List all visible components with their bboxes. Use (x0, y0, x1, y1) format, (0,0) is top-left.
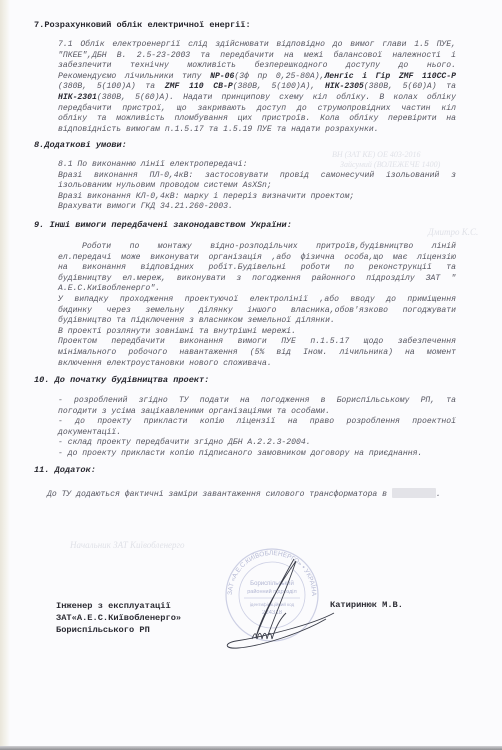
text-line: В проекті розлянути зовнішні та внутрішн… (58, 327, 456, 338)
text-line: Роботи по монтажу відно-розподільчих при… (58, 242, 456, 253)
text-line: 7.1 Облік електроенергії слід здійснюват… (58, 40, 456, 51)
text-line: відповідність вимогам п.1.5.17 та 1.5.19… (58, 125, 456, 136)
signatory-organization: ЗАТ«А.Е.С.Київобленерго» (56, 612, 181, 624)
text-line: Проектом передбачити виконання вимоги ПУ… (58, 337, 456, 348)
signatory-name: Катиринюк М.В. (330, 600, 403, 610)
text-line: А.Е.С.Київобленерго". (58, 284, 456, 295)
text-line: - до проекту прикласти копію ліцензії на… (58, 417, 456, 428)
text-line: будівництву ел.мереж, виконувати з погод… (58, 274, 456, 285)
text-line: 8.1 По виконанню лінії електропередачі: (58, 160, 456, 171)
section-7-heading: 7.Розрахунковий облік електричної енергі… (34, 20, 251, 30)
meter-model: НІК-2305 (325, 82, 364, 91)
text-line: погодити з усіма зацікавленими організац… (58, 407, 456, 418)
section-9-body: Роботи по монтажу відно-розподільчих при… (58, 242, 456, 369)
meter-model: ZMF 110 CB-P (165, 82, 233, 91)
meter-model: Ленгіс і Гір ZMF 110CC-P (324, 72, 456, 81)
section-8-heading: 8.Додаткові умови: (34, 140, 127, 150)
redacted-value (392, 488, 436, 498)
meter-model: NP-06 (210, 72, 234, 81)
text-line: забезпечити технічну можливість безпереш… (58, 61, 456, 72)
text-line: - склад проекту передбачити згідно ДБН А… (58, 438, 456, 449)
section-7-body: 7.1 Облік електроенергії слід здійснюват… (58, 40, 456, 135)
handwritten-signature (222, 555, 337, 650)
text-line: Вразі виконання КЛ-0,4кВ: марку і перері… (58, 192, 456, 203)
text-line: бидинку через земельну ділянку іншого вл… (58, 306, 456, 317)
section-11-body: До ТУ додаються фактичні заміри завантаж… (47, 488, 467, 501)
text-line: будівництво та підключення з власником з… (58, 316, 456, 327)
text-line: передбачити пристрої, що закривають дост… (58, 104, 456, 115)
text-line: ізольованим нульовим проводом системи As… (58, 181, 456, 192)
text-line: Рекомендуємо лічильники типу NP-06(3ф пр… (58, 72, 456, 83)
meter-model: НІК-2301 (58, 93, 97, 102)
section-10-heading: 10. До початку будівництва проект: (34, 375, 209, 385)
text-line: У випадку проходження проектуючої електр… (58, 295, 456, 306)
signatory-position: Інженер з експлуатації ЗАТ«А.Е.С.Київобл… (56, 600, 181, 636)
text-line: на виконання відповідних робіт.Будівельн… (58, 263, 456, 274)
text-line: (380В, 5(100)А) та ZMF 110 CB-P(380В, 5(… (58, 82, 456, 93)
text-line: включення електроустановки нового спожив… (58, 359, 456, 370)
section-8-body: 8.1 По виконанню лінії електропередачі: … (58, 160, 456, 213)
text-line: Врахувати вимоги ГКД 34.21.260-2003. (58, 202, 456, 213)
text-line: Вразі виконання ПЛ-0,4кВ: застосовувати … (58, 171, 456, 182)
text-line: документації. (58, 428, 456, 439)
text-line: - до проекту прикласти копію підписаного… (58, 449, 456, 460)
signatory-division: Бориспільського РП (56, 624, 181, 636)
section-9-heading: 9. Інші вимоги передбачені законодавство… (34, 220, 292, 230)
signatory-title: Інженер з експлуатації (56, 600, 181, 612)
section-11-heading: 11. Додаток: (34, 465, 96, 475)
text-line: "ПКЕЕ",ДБН В. 2.5-23-2003 та передбачити… (58, 51, 456, 62)
text-line: НІК-2301(380В, 5(60)А). Надати принципов… (58, 93, 456, 104)
document-page: 7.Розрахунковий облік електричної енергі… (0, 0, 502, 750)
section-10-body: - розроблений згідно ТУ подати на погодж… (58, 396, 456, 460)
text-line: мінімального робочого навантаження (5% в… (58, 348, 456, 359)
text-line: До ТУ додаються фактичні заміри завантаж… (47, 488, 467, 501)
text-line: - розроблений згідно ТУ подати на погодж… (58, 396, 456, 407)
text-line: обліку та можливість пломбування цих при… (58, 114, 456, 125)
text-line: ел.передачі може виконувати організація … (58, 253, 456, 264)
scan-edge-bottom (0, 746, 502, 750)
